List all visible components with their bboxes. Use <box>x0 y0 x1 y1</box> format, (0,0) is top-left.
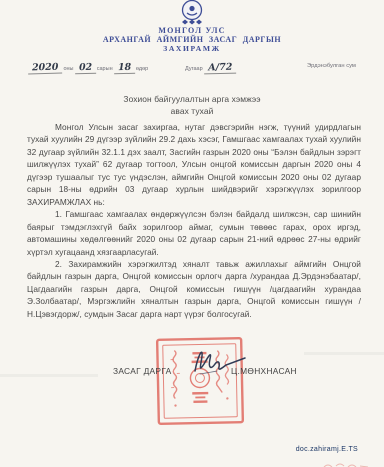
preamble-paragraph: Монгол Улсын засаг захиргаа, нутаг дэвсг… <box>27 121 361 208</box>
date-block: 2020оны02сарын18өдөр <box>28 57 149 75</box>
directive-item-2: 2. Захирамжийн хэрэгжилтэд хяналт тавьж … <box>27 258 361 320</box>
date-month-label: сарын <box>97 66 113 72</box>
directive-item-1: 1. Гамшгаас хамгаалах өндөржүүлсэн бэлэн… <box>27 208 361 258</box>
document-reference: doc.zahiramj.E.TS <box>296 446 358 453</box>
decree-body: Монгол Улсын засаг захиргаа, нутаг дэвсг… <box>27 121 361 320</box>
decree-title: Зохион байгуулалтын арга хэмжээ авах тух… <box>0 94 384 117</box>
signature-ink <box>188 343 248 379</box>
decree-number-label: Дугаар <box>185 66 203 72</box>
issuing-authority: АРХАНГАЙ АЙМГИЙН ЗАСАГ ДАРГЫН <box>0 36 384 44</box>
date-year-label: оны <box>63 66 73 72</box>
decree-title-line2: авах тухай <box>0 106 384 118</box>
document-page: МОНГОЛ УЛС АРХАНГАЙ АЙМГИЙН ЗАСАГ ДАРГЫН… <box>0 0 384 467</box>
country-name: МОНГОЛ УЛС <box>0 27 384 35</box>
document-header: МОНГОЛ УЛС АРХАНГАЙ АЙМГИЙН ЗАСАГ ДАРГЫН… <box>0 27 384 53</box>
scan-streak <box>0 374 98 377</box>
decree-number-block: ДугаарА/72 <box>184 57 236 75</box>
scan-streak <box>304 352 384 355</box>
signer-position: ЗАСАГ ДАРГА <box>113 366 171 376</box>
date-day-label: өдөр <box>136 66 148 72</box>
date-year-handwritten: 2020 <box>28 61 63 75</box>
location-name: Эрдэнэбулган сум <box>307 63 356 69</box>
document-type: ЗАХИРАМЖ <box>0 45 384 53</box>
arkhangai-aimag-emblem-icon <box>169 0 215 28</box>
date-month-handwritten: 02 <box>74 61 96 75</box>
dateline: 2020оны02сарын18өдөр ДугаарА/72 Эрдэнэбу… <box>0 57 384 73</box>
decree-number-handwritten: А/72 <box>204 61 237 75</box>
corner-red-mark <box>322 461 370 467</box>
date-day-handwritten: 18 <box>113 61 135 75</box>
decree-title-line1: Зохион байгуулалтын арга хэмжээ <box>0 94 384 106</box>
